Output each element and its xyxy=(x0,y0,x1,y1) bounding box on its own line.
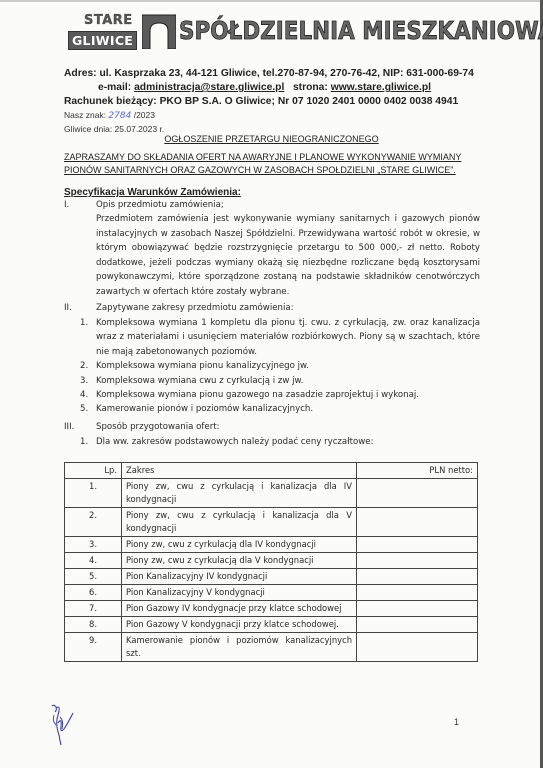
offer-prep-list: 1.Dla ww. zakresów podstawowych należy p… xyxy=(80,435,480,449)
date-line: Gliwice dnia: 25.07.2023 r. xyxy=(64,124,164,134)
website-label: strona: xyxy=(293,82,328,93)
cell-pln-netto[interactable] xyxy=(357,508,478,537)
reference-number: Nasz znak: 2784 /2023 xyxy=(64,110,155,121)
table-row: 1.Piony zw, cwu z cyrkulacją i kanalizac… xyxy=(65,479,478,508)
cell-pln-netto[interactable] xyxy=(357,569,478,585)
cell-lp: 4. xyxy=(65,553,122,569)
cell-zakres: Piony zw, cwu z cyrkulacją dla IV kondyg… xyxy=(122,537,357,553)
cell-lp: 9. xyxy=(65,633,122,662)
cell-zakres: Kamerowanie pionów i poziomów kanalizacy… xyxy=(122,633,357,662)
table-row: 9.Kamerowanie pionów i poziomów kanaliza… xyxy=(65,633,478,662)
cell-pln-netto[interactable] xyxy=(357,537,478,553)
logo-text-stare: STARE xyxy=(84,13,133,28)
cell-pln-netto[interactable] xyxy=(357,617,478,633)
cell-pln-netto[interactable] xyxy=(357,479,478,508)
logo-badge: STARE GLIWICE xyxy=(68,13,144,49)
list-item: 3.Kompleksowa wymiana cwu z cyrkulacją i… xyxy=(80,374,480,388)
list-item: 4.Kompleksowa wymiana pionu gazowego na … xyxy=(80,388,480,402)
table-row: 2.Piony zw, cwu z cyrkulacją i kanalizac… xyxy=(65,508,478,537)
scan-edge-top xyxy=(0,0,543,2)
document-page: STARE GLIWICE SPÓŁDZIELNIA MIESZKANIOWA … xyxy=(0,0,543,768)
cell-lp: 8. xyxy=(65,617,122,633)
document-title: OGŁOSZENIE PRZETARGU NIEOGRANICZONEGO xyxy=(0,134,543,144)
cell-zakres: Pion Gazowy IV kondygnacje przy klatce s… xyxy=(122,601,357,617)
section-heading: Zapytywane zakresy przedmiotu zamówienia… xyxy=(96,303,294,313)
reference-label: Nasz znak: xyxy=(64,110,106,120)
arch-icon xyxy=(142,13,176,49)
header-pln: PLN netto: xyxy=(357,463,478,479)
website-link[interactable]: www.stare.gliwice.pl xyxy=(331,82,431,93)
cell-lp: 2. xyxy=(65,508,122,537)
list-item: 5.Kamerowanie pionów i poziomów kanaliza… xyxy=(80,402,480,416)
signature-icon xyxy=(48,703,78,748)
section-paragraph: Przedmiotem zamówienia jest wykonywanie … xyxy=(96,212,480,300)
section-numeral: III. xyxy=(64,422,74,432)
page-number: 1 xyxy=(454,717,459,727)
list-item: 1.Dla ww. zakresów podstawowych należy p… xyxy=(80,435,480,449)
logo-text-gliwice: GLIWICE xyxy=(68,31,137,50)
header-lp: Lp. xyxy=(65,463,122,479)
cell-pln-netto[interactable] xyxy=(357,585,478,601)
table-row: 4.Piony zw, cwu z cyrkulacją dla V kondy… xyxy=(65,553,478,569)
header-zakres: Zakres xyxy=(122,463,357,479)
section-heading: Opis przedmiotu zamówienia; xyxy=(96,200,224,210)
organization-name: SPÓŁDZIELNIA MIESZKANIOWA xyxy=(179,13,543,49)
cell-zakres: Piony zw, cwu z cyrkulacją dla V kondygn… xyxy=(122,553,357,569)
email-label: e-mail: xyxy=(98,82,131,93)
table-row: 3.Piony zw, cwu z cyrkulacją dla IV kond… xyxy=(65,537,478,553)
cell-zakres: Pion Kanalizacyjny V kondygnacji xyxy=(122,585,357,601)
table-row: 8.Pion Gazowy V kondygnacji przy klatce … xyxy=(65,617,478,633)
invitation-heading: ZAPRASZAMY DO SKŁADANIA OFERT NA AWARYJN… xyxy=(64,151,484,177)
cell-zakres: Piony zw, cwu z cyrkulacją i kanalizacja… xyxy=(122,479,357,508)
spec-heading: Specyfikacja Warunków Zamówienia: xyxy=(64,187,241,198)
cell-pln-netto[interactable] xyxy=(357,601,478,617)
contact-line: e-mail: administracja@stare.gliwice.pl s… xyxy=(98,82,431,93)
cell-pln-netto[interactable] xyxy=(357,553,478,569)
address-line: Adres: ul. Kasprzaka 23, 44-121 Gliwice,… xyxy=(64,68,474,79)
cell-lp: 3. xyxy=(65,537,122,553)
bank-account-line: Rachunek bieżący: PKO BP S.A. O Gliwice;… xyxy=(64,96,458,107)
cell-zakres: Piony zw, cwu z cyrkulacją i kanalizacja… xyxy=(122,508,357,537)
table-row: 5.Pion Kanalizacyjny IV kondygnacji xyxy=(65,569,478,585)
cell-lp: 5. xyxy=(65,569,122,585)
email-link[interactable]: administracja@stare.gliwice.pl xyxy=(134,82,284,93)
table-row: 7.Pion Gazowy IV kondygnacje przy klatce… xyxy=(65,601,478,617)
cell-lp: 1. xyxy=(65,479,122,508)
cell-zakres: Pion Gazowy V kondygnacji przy klatce sc… xyxy=(122,617,357,633)
section-numeral: I. xyxy=(64,200,69,210)
cell-zakres: Pion Kanalizacyjny IV kondygnacji xyxy=(122,569,357,585)
cell-lp: 6. xyxy=(65,585,122,601)
pricing-table: Lp. Zakres PLN netto: 1.Piony zw, cwu z … xyxy=(64,462,478,662)
cell-lp: 7. xyxy=(65,601,122,617)
letterhead-logo: STARE GLIWICE SPÓŁDZIELNIA MIESZKANIOWA xyxy=(68,13,543,49)
section-heading: Sposób przygotowania ofert: xyxy=(96,422,220,432)
section-numeral: II. xyxy=(64,303,72,313)
handwritten-number: 2784 xyxy=(108,111,131,121)
list-item: 1.Kompleksowa wymiana 1 kompletu dla pio… xyxy=(80,316,480,359)
reference-suffix: /2023 xyxy=(134,110,155,120)
table-row: 6.Pion Kanalizacyjny V kondygnacji xyxy=(65,585,478,601)
list-item: 2.Kompleksowa wymiana pionu kanalizycyjn… xyxy=(80,359,480,373)
cell-pln-netto[interactable] xyxy=(357,633,478,662)
scope-list: 1.Kompleksowa wymiana 1 kompletu dla pio… xyxy=(80,316,480,417)
table-header-row: Lp. Zakres PLN netto: xyxy=(65,463,478,479)
